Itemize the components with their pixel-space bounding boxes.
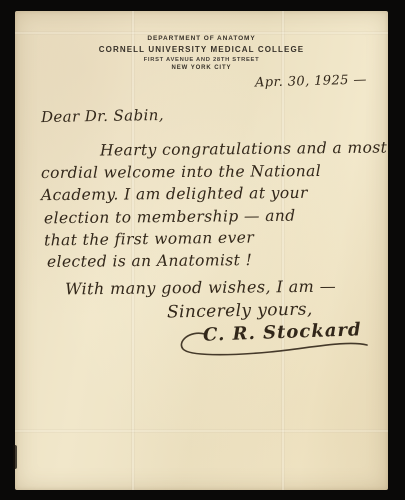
body-line: Hearty congratulations and a most [100,138,387,159]
fold-crease-horizontal-bottom [15,429,388,433]
body-line: With many good wishes, I am — [65,277,336,299]
letterhead-department: DEPARTMENT OF ANATOMY [15,35,388,42]
body-line: elected is an Anatomist ! [47,251,252,271]
salutation: Dear Dr. Sabin, [41,106,164,126]
letterhead-city: NEW YORK CITY [15,65,388,71]
handwritten-date: Apr. 30, 1925 — [255,73,367,91]
body-line: election to membership — and [44,207,296,228]
paper-edge-nick [13,445,17,469]
letterhead: DEPARTMENT OF ANATOMY CORNELL UNIVERSITY… [15,35,388,71]
letterhead-institution: CORNELL UNIVERSITY MEDICAL COLLEGE [15,45,388,54]
body-line: cordial welcome into the National [41,162,321,182]
letter-paper: DEPARTMENT OF ANATOMY CORNELL UNIVERSITY… [15,11,388,490]
fold-crease-vertical-left [131,11,135,490]
photo-background: DEPARTMENT OF ANATOMY CORNELL UNIVERSITY… [0,0,405,500]
body-line: Academy. I am delighted at your [41,184,308,204]
signature: C. R. Stockard [175,316,375,364]
body-line: that the first woman ever [44,229,254,250]
letterhead-address: FIRST AVENUE AND 28TH STREET [15,57,388,63]
